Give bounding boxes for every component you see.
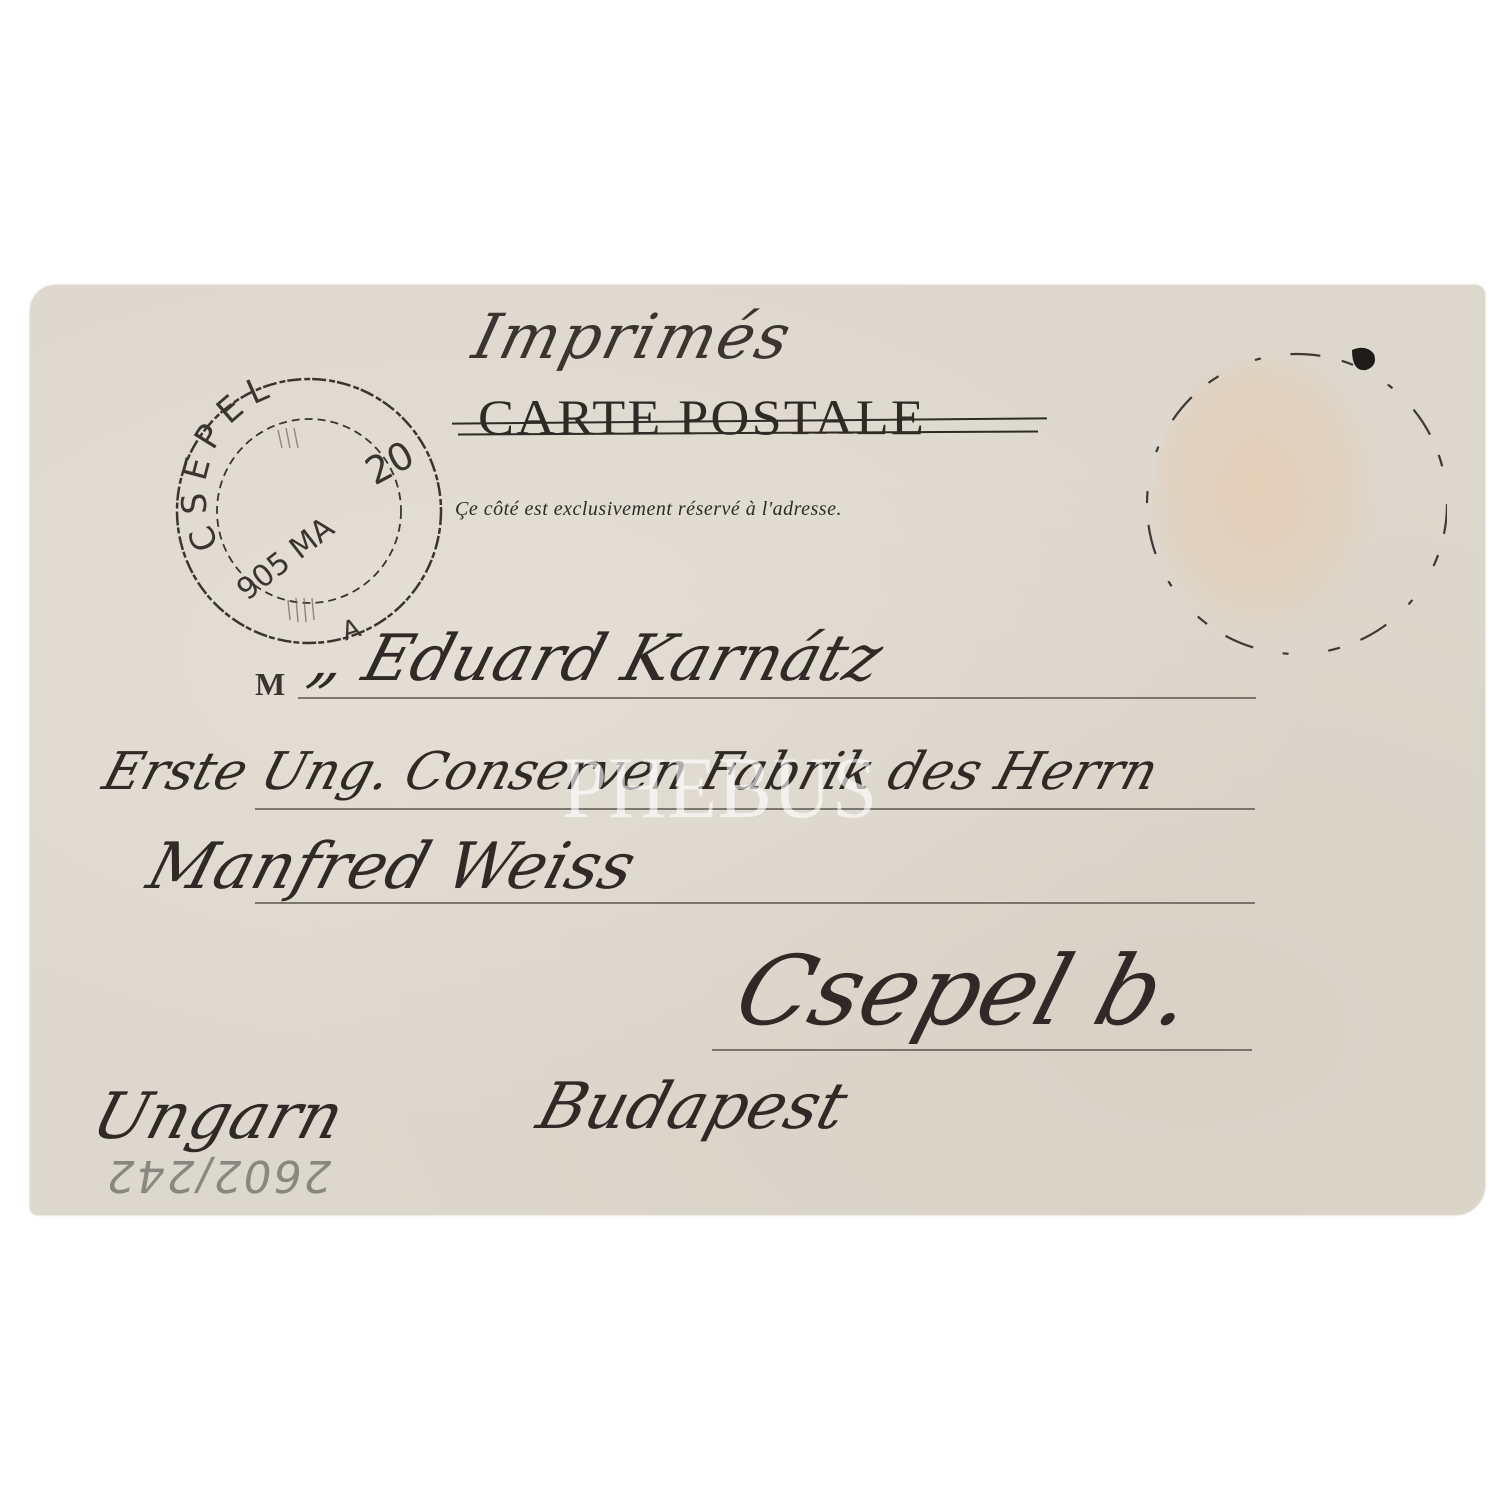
- address-line-city: Budapest: [529, 1070, 855, 1144]
- address-rule: [298, 697, 1256, 699]
- postmark-town: CSEPEL: [174, 370, 284, 557]
- address-country: Ungarn: [84, 1080, 351, 1154]
- address-rule: [255, 808, 1255, 810]
- postmark-stamp-icon: CSEPEL 20 905 MA A: [168, 370, 450, 652]
- address-line-town: Csepel b.: [724, 935, 1207, 1047]
- svg-text:CSEPEL: CSEPEL: [174, 370, 284, 557]
- printed-title: CARTE POSTALE: [478, 388, 926, 446]
- address-line-owner: Manfred Weiss: [139, 830, 643, 904]
- address-line-name: „ Eduard Karnátz: [301, 622, 890, 696]
- address-prefix: M: [255, 666, 285, 703]
- printed-subtitle: Çe côté est exclusivement réservé à l'ad…: [455, 498, 842, 521]
- address-line-company: Erste Ung. Conserven Fabrik des Herrn: [96, 742, 1165, 802]
- postmark-day: 20: [358, 432, 421, 494]
- postmark-date: 905 MA: [230, 510, 341, 608]
- removed-stamp-area: [1122, 332, 1447, 662]
- address-rule: [712, 1049, 1252, 1051]
- ink-blot-icon: [1352, 348, 1375, 370]
- handwritten-header: Imprimés: [466, 300, 800, 373]
- pencil-annotation: 2602/242: [101, 1150, 337, 1201]
